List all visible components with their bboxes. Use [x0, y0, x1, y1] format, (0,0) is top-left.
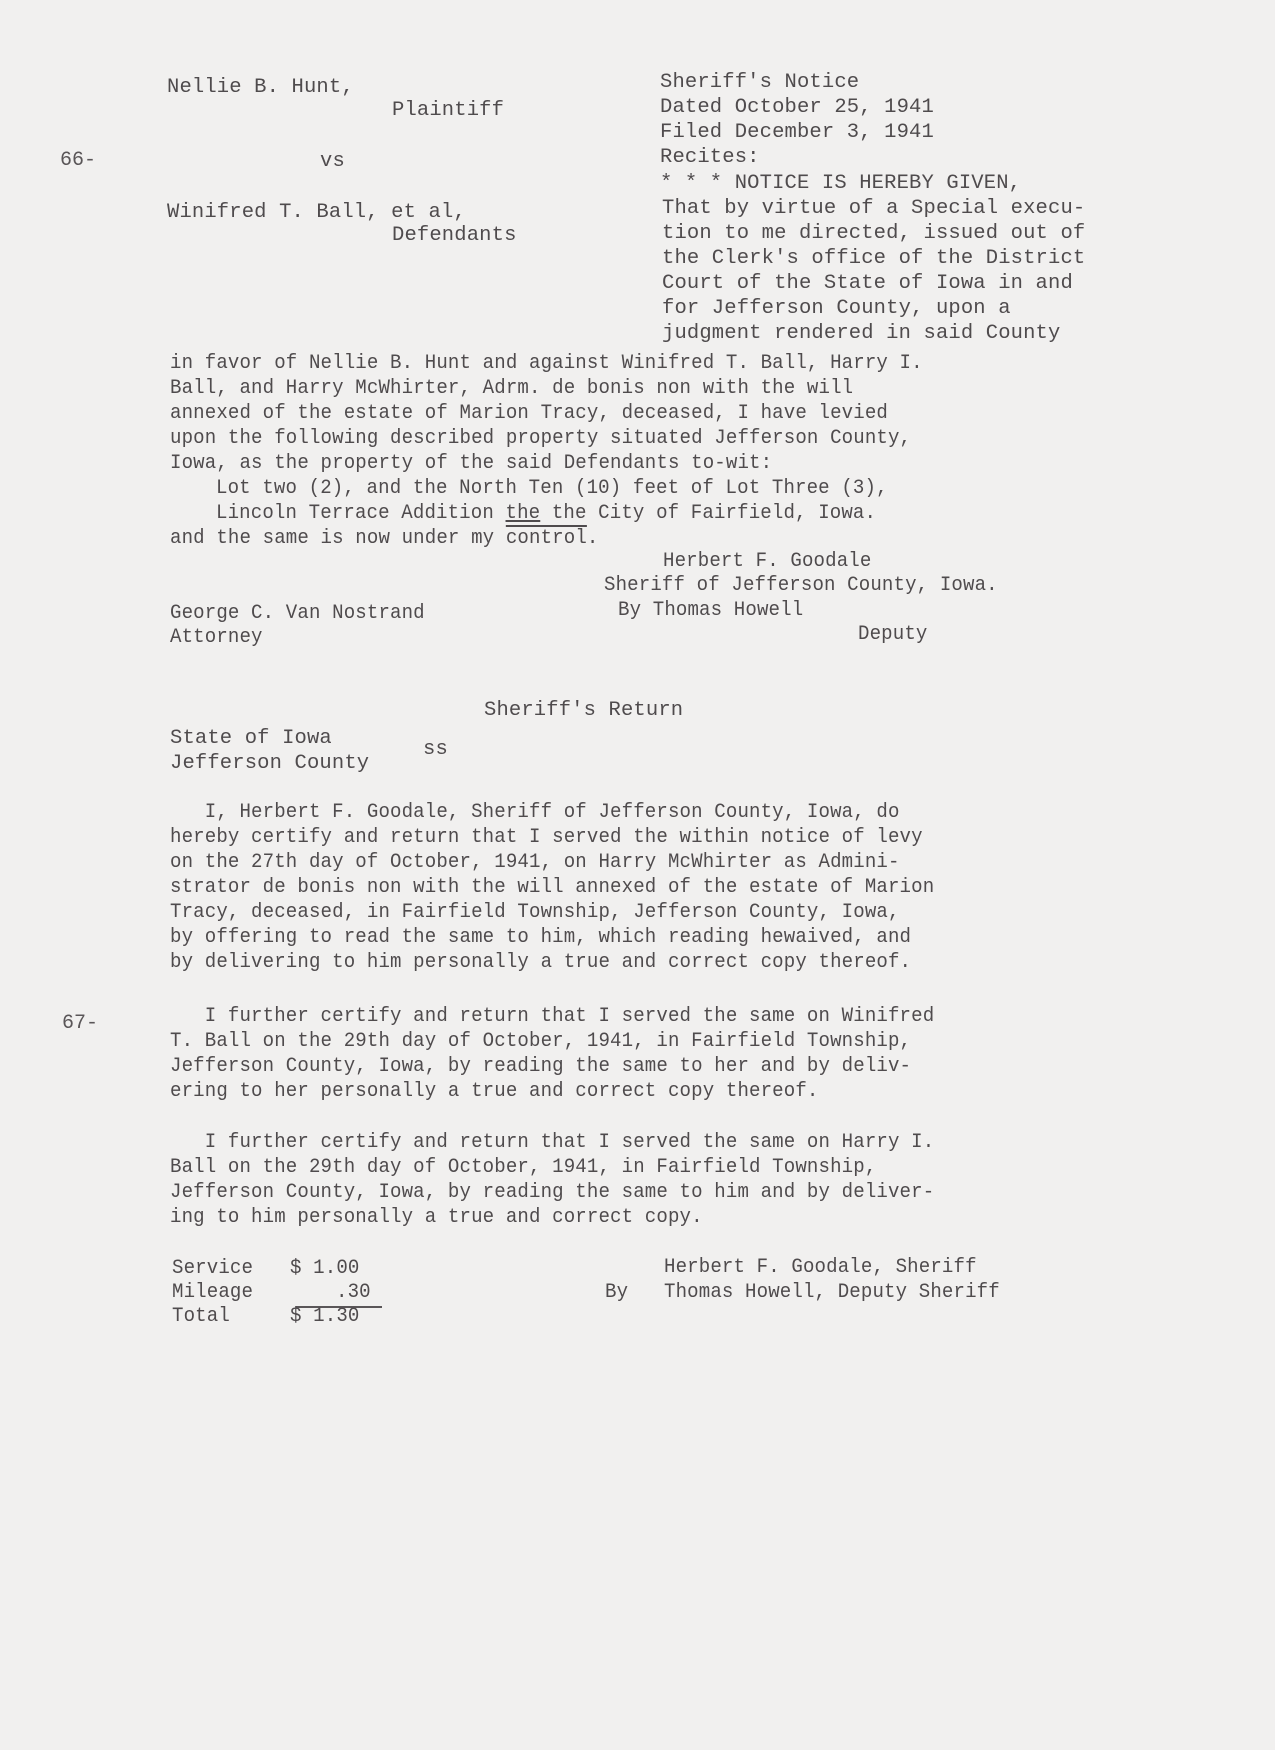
property-line-1: Lot two (2), and the North Ten (10) feet… [216, 477, 888, 501]
return-by-label: By [605, 1281, 628, 1305]
versus: vs [320, 150, 345, 174]
paragraph-line: Jefferson County, Iowa, by reading the s… [170, 1181, 934, 1205]
notice-header-line: * * * NOTICE IS HEREBY GIVEN, [660, 172, 1021, 196]
paragraph-line: hereby certify and return that I served … [170, 826, 923, 850]
sheriff-name: Herbert F. Goodale [663, 550, 871, 574]
return-sheriff-line: Herbert F. Goodale, Sheriff [664, 1256, 977, 1280]
defendant-role: Defendants [392, 224, 517, 248]
paragraph-line: on the 27th day of October, 1941, on Har… [170, 851, 900, 875]
paragraph-line: Tracy, deceased, in Fairfield Township, … [170, 901, 900, 925]
notice-header-line: That by virtue of a Special execu- [662, 197, 1085, 221]
notice-header-line: tion to me directed, issued out of [662, 222, 1085, 246]
notice-header-line: Court of the State of Iowa in and [662, 272, 1073, 296]
fee-label: Total [172, 1305, 230, 1329]
closing-start: and the same is now under my [170, 527, 506, 550]
sheriff-title: Sheriff of Jefferson County, Iowa. [604, 574, 998, 598]
notice-header-line: the Clerk's office of the District [662, 247, 1085, 271]
return-deputy-line: Thomas Howell, Deputy Sheriff [664, 1281, 1000, 1305]
paragraph-line: Ball on the 29th day of October, 1941, i… [170, 1156, 876, 1180]
paragraph-line: Jefferson County, Iowa, by reading the s… [170, 1055, 911, 1079]
closing-end: . [587, 527, 599, 550]
fee-amount: .30 [336, 1281, 371, 1305]
notice-body-line: upon the following described property si… [170, 427, 911, 451]
defendant-name: Winifred T. Ball, et al, [167, 201, 466, 225]
property-line-2: Lincoln Terrace Addition the the City of… [216, 502, 876, 526]
record-number-67: 67- [62, 1012, 98, 1036]
underlined-word: the [506, 502, 541, 525]
paragraph-line: I further certify and return that I serv… [170, 1005, 934, 1029]
notice-header-line: Dated October 25, 1941 [660, 96, 934, 120]
property-line-2-end: the City of Fairfield, Iowa. [540, 502, 876, 525]
fee-amount: $ 1.00 [290, 1257, 359, 1281]
notice-header-line: Sheriff's Notice [660, 71, 859, 95]
notice-body-line: Ball, and Harry McWhirter, Adrm. de boni… [170, 377, 853, 401]
venue-state: State of Iowa [170, 727, 332, 751]
venue-ss: ss [423, 738, 448, 762]
paragraph-line: by offering to read the same to him, whi… [170, 926, 911, 950]
notice-body-line: annexed of the estate of Marion Tracy, d… [170, 402, 888, 426]
notice-body-line: Iowa, as the property of the said Defend… [170, 452, 772, 476]
by-deputy: By Thomas Howell [618, 599, 803, 623]
return-title: Sheriff's Return [484, 699, 683, 723]
fee-label: Service [172, 1257, 253, 1281]
paragraph-line: T. Ball on the 29th day of October, 1941… [170, 1030, 911, 1054]
venue-county: Jefferson County [170, 752, 369, 776]
paragraph-line: ering to her personally a true and corre… [170, 1080, 819, 1104]
paragraph-line: by delivering to him personally a true a… [170, 951, 911, 975]
notice-header-line: judgment rendered in said County [662, 322, 1060, 346]
paragraph-line: I, Herbert F. Goodale, Sheriff of Jeffer… [170, 801, 900, 825]
overlined-word: control [506, 527, 587, 550]
property-line-2-start: Lincoln Terrace Addition [216, 502, 506, 525]
paragraph-line: strator de bonis non with the will annex… [170, 876, 934, 900]
fee-amount: $ 1.30 [290, 1305, 359, 1329]
attorney-name: George C. Van Nostrand [170, 602, 425, 626]
plaintiff-name: Nellie B. Hunt, [167, 76, 354, 100]
notice-body-line: in favor of Nellie B. Hunt and against W… [170, 352, 923, 376]
record-number-66: 66- [60, 149, 96, 173]
fee-label: Mileage [172, 1281, 253, 1305]
paragraph-line: I further certify and return that I serv… [170, 1131, 934, 1155]
notice-header-line: Filed December 3, 1941 [660, 121, 934, 145]
closing-line: and the same is now under my control. [170, 527, 598, 551]
plaintiff-role: Plaintiff [392, 99, 504, 123]
notice-header-line: for Jefferson County, upon a [662, 297, 1011, 321]
attorney-label: Attorney [170, 626, 263, 650]
notice-header-line: Recites: [660, 146, 760, 170]
deputy-label: Deputy [858, 623, 927, 647]
paragraph-line: ing to him personally a true and correct… [170, 1206, 703, 1230]
